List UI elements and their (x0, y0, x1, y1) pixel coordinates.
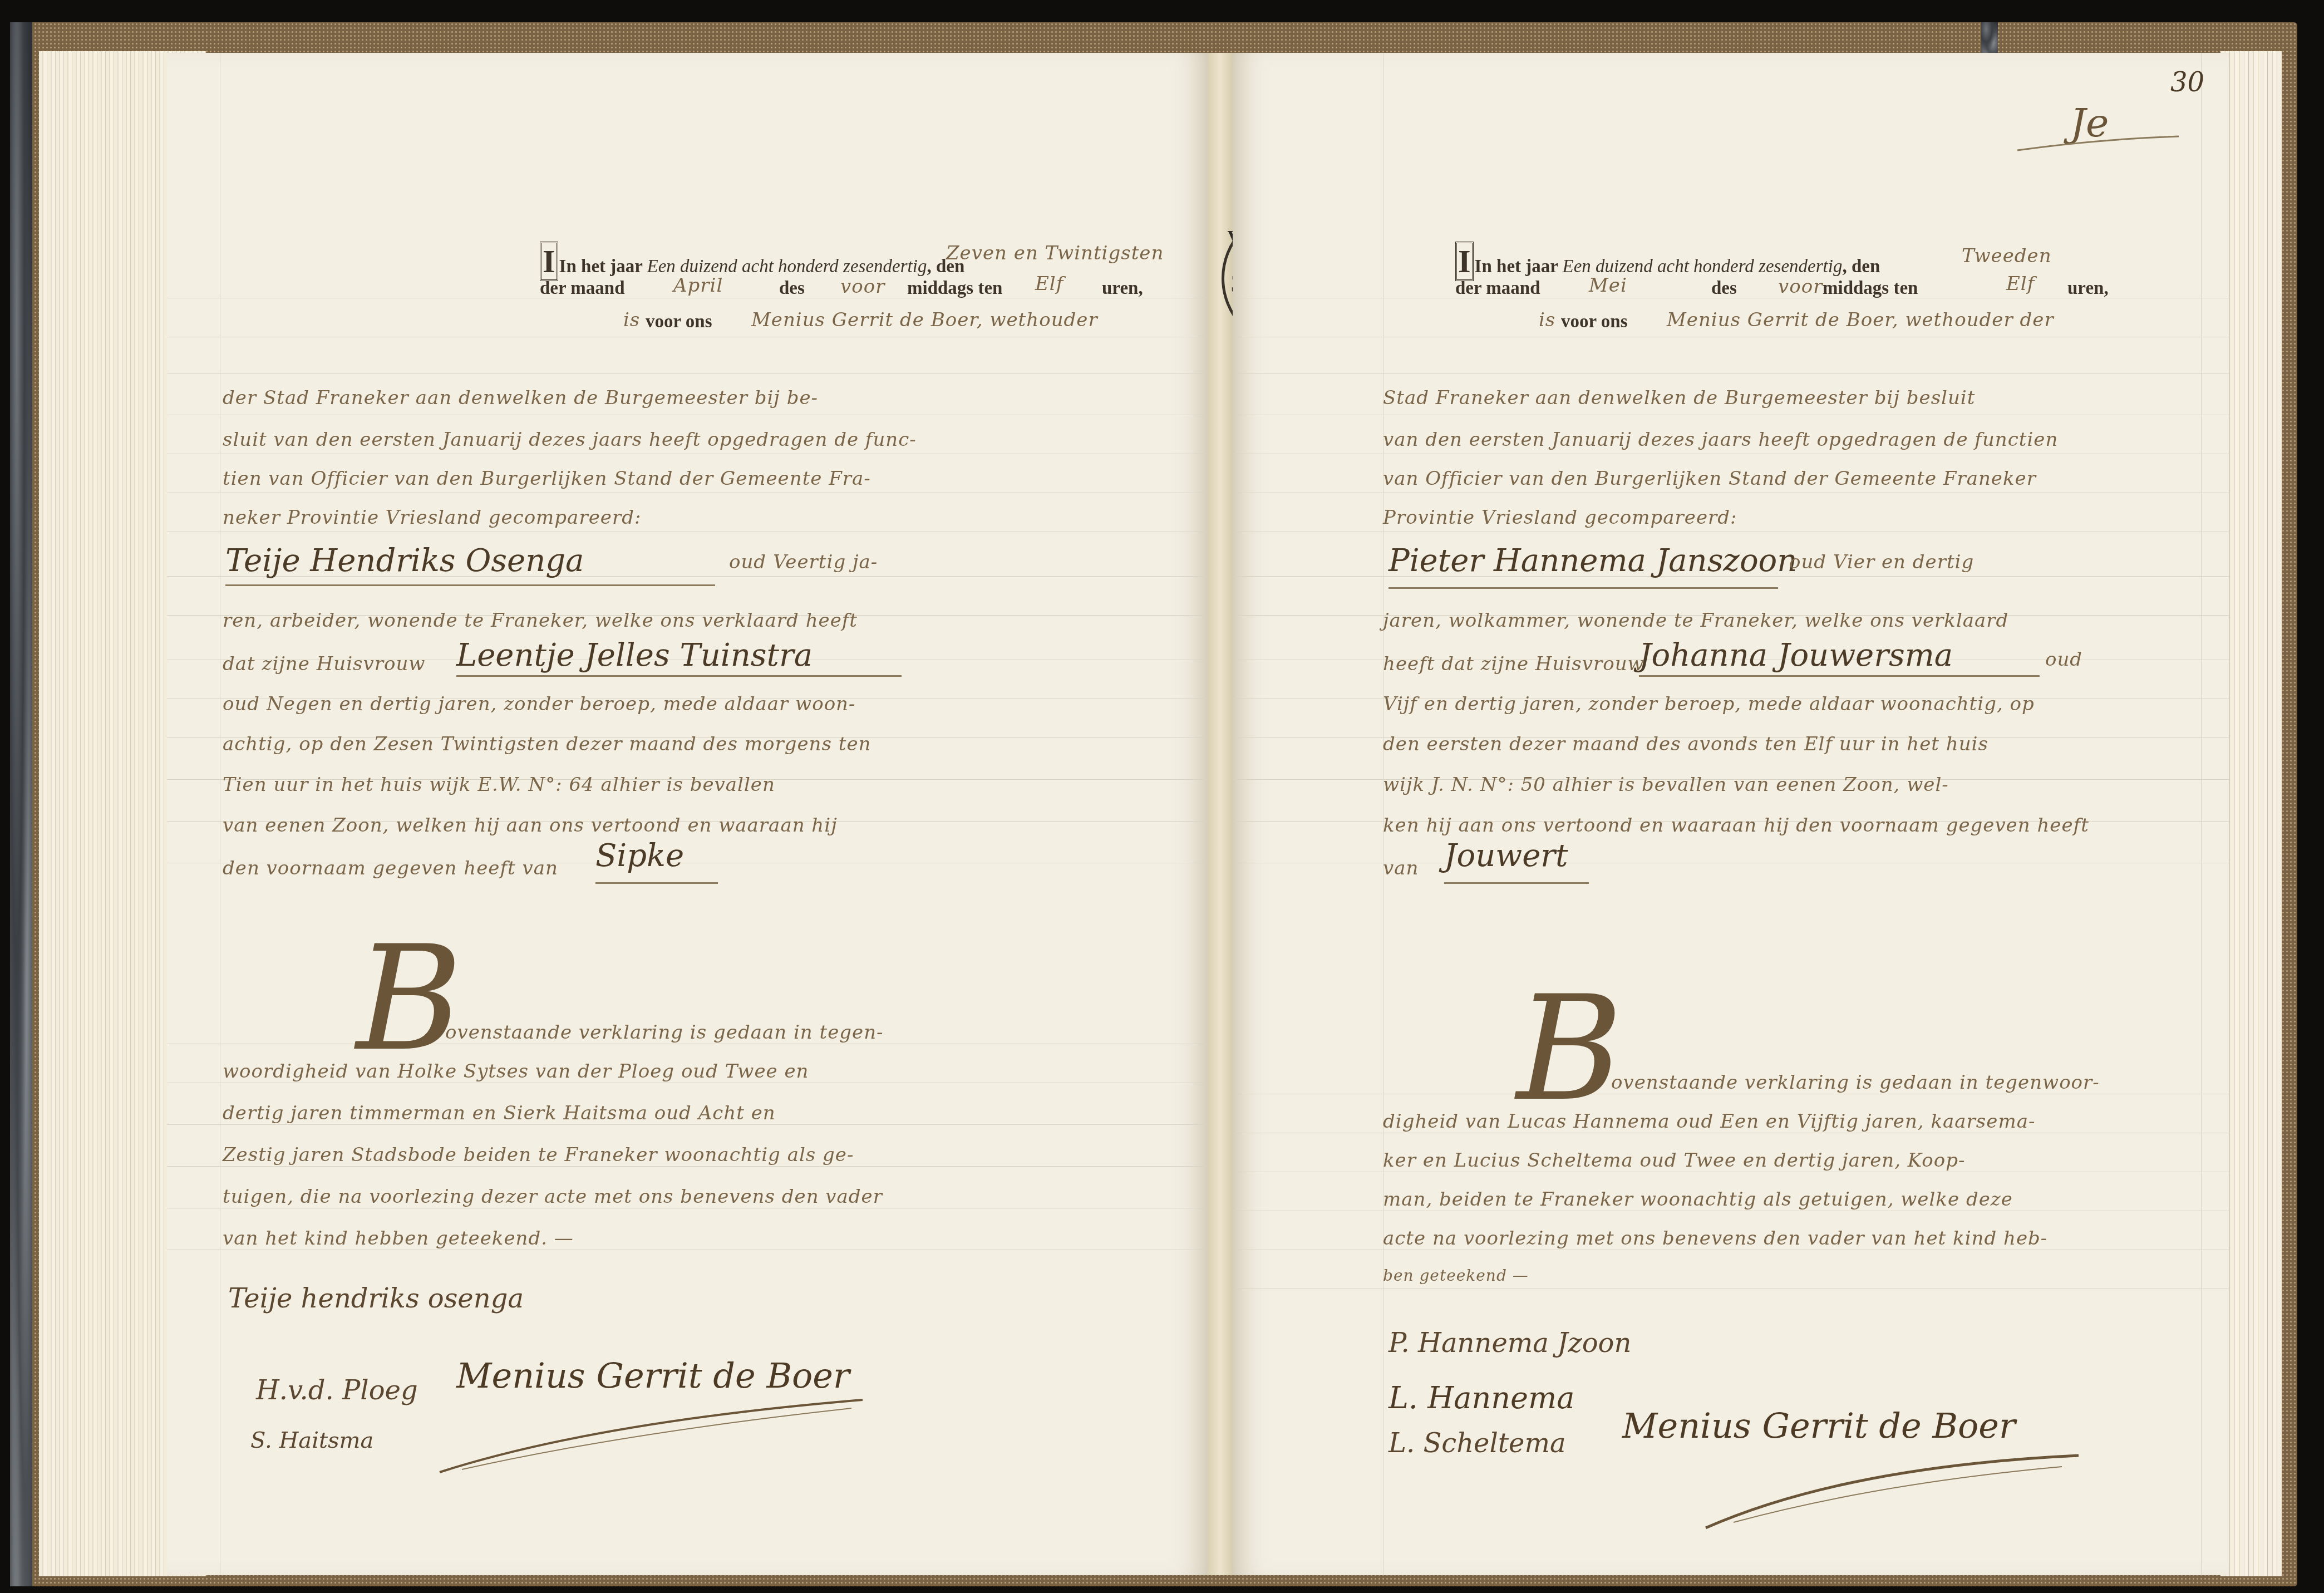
form-label-middags: middags ten (1823, 278, 1918, 299)
form-voor: voor (840, 276, 885, 298)
text-line: man, beiden te Franeker woonachtig als g… (1383, 1188, 2013, 1211)
ruled-line (167, 337, 1208, 337)
margin-line (2201, 53, 2202, 1575)
birth-day: Tweeden (1962, 245, 2052, 267)
text-line: oud Negen en dertig jaren, zonder beroep… (223, 693, 856, 715)
left-page: IIn het jaar Een duizend acht honderd ze… (167, 53, 1208, 1575)
form-header-line1: IIn het jaar Een duizend acht honderd ze… (1455, 248, 1880, 277)
initial-cap: I (540, 242, 558, 281)
text-line: van (1383, 857, 1419, 879)
text-line: heeft dat zijne Huisvrouw (1383, 653, 1644, 675)
registrar-name: Menius Gerrit de Boer, wethouder der (1667, 309, 2054, 331)
page-number: 30 (2170, 67, 2204, 98)
ruled-line (1233, 493, 2229, 493)
text-line: dat zijne Huisvrouw (223, 653, 425, 675)
text-line: van Officier van den Burgerlijken Stand … (1383, 468, 2036, 490)
text-line: ken hij aan ons vertoond en waaraan hij … (1383, 814, 2089, 837)
ruled-line (1233, 454, 2229, 454)
birth-month: Mei (1589, 274, 1627, 297)
ruled-line (167, 532, 1208, 532)
birth-day: Zeven en Twintigsten (946, 242, 1164, 264)
text-line: ker en Lucius Scheltema oud Twee en dert… (1383, 1149, 1966, 1172)
text-line: dertig jaren timmerman en Sierk Haitsma … (223, 1102, 776, 1124)
signature-witness1: H.v.d. Ploeg (256, 1375, 418, 1406)
signature-father: P. Hannema Jzoon (1389, 1327, 1631, 1359)
ruled-line (1233, 1289, 2229, 1289)
ruled-line (1233, 1133, 2229, 1133)
text-line: sluit van den eersten Januarij dezes jaa… (223, 429, 917, 451)
text-line: den eersten dezer maand des avonds ten E… (1383, 733, 1988, 755)
text-line: woordigheid van Holke Sytses van der Plo… (223, 1060, 809, 1083)
mother-name: Leentje Jelles Tuinstra (456, 637, 813, 673)
marbled-board-left (10, 22, 32, 1586)
registrar-name: Menius Gerrit de Boer, wethouder (751, 309, 1098, 331)
text-line: acte na voorlezing met ons benevens den … (1383, 1227, 2047, 1250)
ruled-line (167, 373, 1208, 373)
drop-cap: B (356, 927, 462, 1071)
ruled-line (167, 415, 1208, 415)
child-name: Sipke (595, 838, 684, 874)
text-line: neker Provintie Vriesland gecompareerd: (223, 507, 641, 529)
form-label-voor-ons: voor ons (646, 312, 712, 332)
text-line: oud Veertig ja- (729, 551, 878, 573)
text-line: ovenstaande verklaring is gedaan in tege… (445, 1021, 884, 1044)
text-line: oud (2045, 648, 2082, 671)
marbled-board-top-right (1981, 22, 1998, 56)
declaration-hour: Elf (1035, 273, 1063, 295)
ruled-line (1233, 1172, 2229, 1172)
text-line: van het kind hebben geteekend. — (223, 1227, 574, 1250)
text-line: Zestig jaren Stadsbode beiden te Franeke… (223, 1144, 854, 1166)
form-label-uren: uren, (2067, 278, 2109, 299)
text-line: van eenen Zoon, welken hij aan ons verto… (223, 814, 838, 837)
ruled-line (1233, 1250, 2229, 1250)
father-name-underline (1389, 587, 1778, 589)
birth-month: April (673, 274, 723, 297)
signature-flourish (1700, 1444, 2090, 1533)
form-is: is (1539, 309, 1555, 331)
ruled-line (167, 1208, 1208, 1208)
signature-registrar: Menius Gerrit de Boer (1622, 1405, 2016, 1446)
child-name-underline (595, 882, 718, 884)
ruled-line (1233, 1094, 2229, 1094)
ruled-line (167, 454, 1208, 454)
form-is: is (623, 309, 640, 331)
ruled-line (167, 298, 1208, 298)
form-label-der-maand: der maand (540, 278, 625, 299)
ruled-line (167, 1044, 1208, 1044)
mother-name-underline (456, 675, 902, 677)
text-line: den voornaam gegeven heeft van (223, 857, 558, 879)
text-line: ren, arbeider, wonende te Franeker, welk… (223, 609, 858, 632)
text-line: digheid van Lucas Hannema oud Een en Vij… (1383, 1110, 2035, 1133)
form-label-uren: uren, (1102, 278, 1143, 299)
form-voor: voor (1778, 276, 1823, 298)
text-line: ben geteekend — (1383, 1266, 1529, 1285)
form-header-line1: IIn het jaar Een duizend acht honderd ze… (540, 248, 964, 277)
father-name-underline (225, 584, 715, 586)
text-line: Vijf en dertig jaren, zonder beroep, med… (1383, 693, 2035, 715)
ruled-line (167, 493, 1208, 493)
ruled-line (1233, 337, 2229, 337)
text-line: Provintie Vriesland gecompareerd: (1383, 507, 1737, 529)
text-line: wijk J. N. N°: 50 alhier is bevallen van… (1383, 774, 1949, 796)
text-line: der Stad Franeker aan denwelken de Burge… (223, 387, 818, 409)
child-name: Jouwert (1444, 838, 1568, 874)
ruled-line (167, 1124, 1208, 1125)
signature-witness2: L. Scheltema (1389, 1428, 1566, 1459)
text-line: jaren, wolkammer, wonende te Franeker, w… (1383, 609, 2008, 632)
drop-cap: B (1516, 977, 1623, 1122)
ruled-line (167, 1083, 1208, 1083)
text-line: achtig, op den Zesen Twintigsten dezer m… (223, 733, 871, 755)
declaration-hour: Elf (2006, 273, 2035, 295)
text-line: Stad Franeker aan denwelken de Burgemees… (1383, 387, 1975, 409)
ruled-line (1233, 415, 2229, 415)
mother-name: Johanna Jouwersma (1639, 637, 1953, 673)
signature-flourish (429, 1389, 874, 1478)
folio-underline (2015, 134, 2182, 156)
form-label-middags: middags ten (907, 278, 1002, 299)
signature-witness1: L. Hannema (1389, 1380, 1574, 1415)
father-name: Teije Hendriks Osenga (225, 543, 584, 579)
text-line: ovenstaande verklaring is gedaan in tege… (1611, 1071, 2100, 1094)
margin-line (220, 53, 220, 1575)
ruled-line (1233, 532, 2229, 532)
ruled-line (1233, 1211, 2229, 1211)
initial-cap: I (1455, 242, 1474, 281)
child-name-underline (1444, 882, 1589, 884)
text-line: Tien uur in het huis wijk E.W. N°: 64 al… (223, 774, 775, 796)
text-line: van den eersten Januarij dezes jaars hee… (1383, 429, 2058, 451)
form-label-des: des (1711, 278, 1737, 299)
ruled-line (1233, 863, 2229, 863)
form-label-des: des (779, 278, 805, 299)
form-label-voor-ons: voor ons (1561, 312, 1628, 332)
mother-name-underline (1639, 675, 2040, 677)
ruled-line (167, 1250, 1208, 1250)
text-line: tien van Officier van den Burgerlijken S… (223, 468, 871, 490)
page-block-right-edges (2220, 51, 2282, 1576)
text-line: oud Vier en dertig (1789, 551, 1974, 573)
father-name: Pieter Hannema Janszoon (1389, 543, 1797, 579)
text-line: tuigen, die na voorlezing dezer acte met… (223, 1186, 883, 1208)
signature-father: Teije hendriks osenga (228, 1283, 524, 1314)
signature-witness2: S. Haitsma (250, 1428, 373, 1453)
right-page: IIn het jaar Een duizend acht honderd ze… (1233, 53, 2229, 1575)
ruled-line (1233, 373, 2229, 373)
form-label-der-maand: der maand (1455, 278, 1540, 299)
ruled-line (167, 1166, 1208, 1167)
